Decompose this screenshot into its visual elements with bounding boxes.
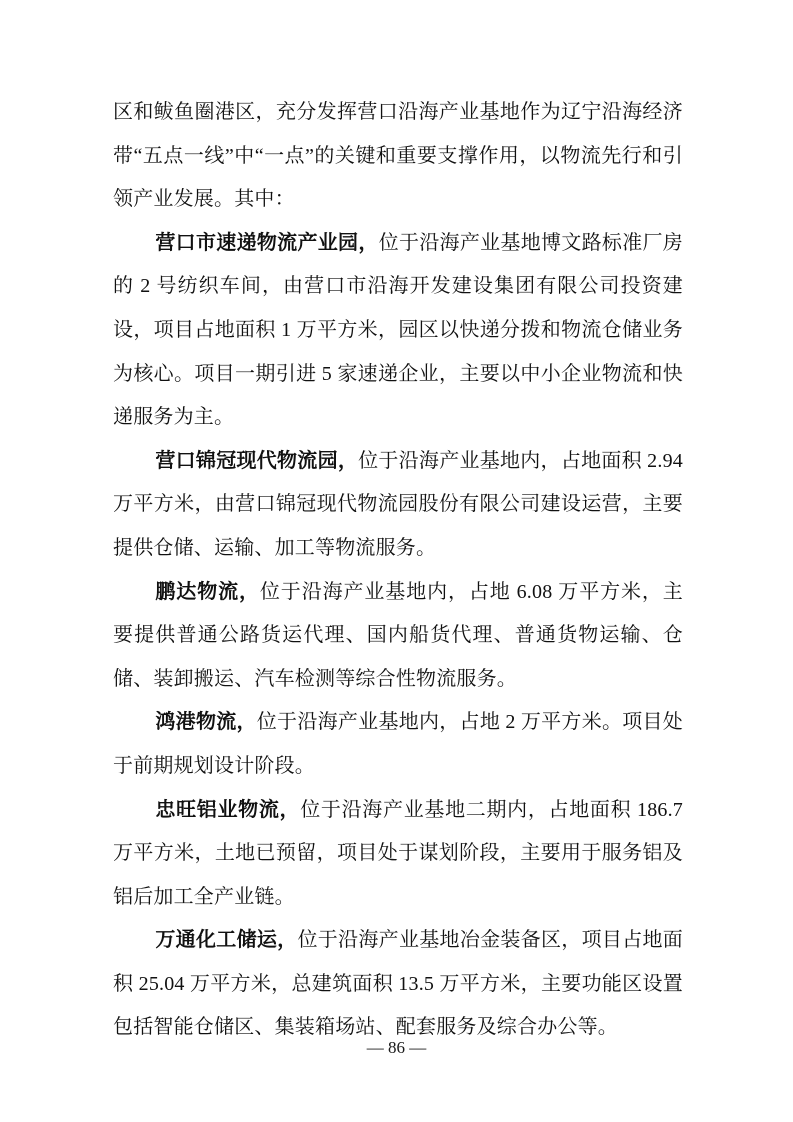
page-body-text: 区和鲅鱼圈港区，充分发挥营口沿海产业基地作为辽宁沿海经济带“五点一线”中“一点”…	[113, 91, 683, 1050]
paragraph-lead: 鹏达物流，	[155, 581, 260, 603]
paragraph-jinguan-modern-logistics-park: 营口锦冠现代物流园，位于沿海产业基地内，占地面积 2.94 万平方米，由营口锦冠…	[113, 440, 683, 571]
paragraph-lead: 鸿港物流，	[155, 711, 256, 733]
page-footer: — 86 —	[0, 1036, 793, 1060]
paragraph-body: 区和鲅鱼圈港区，充分发挥营口沿海产业基地作为辽宁沿海经济带“五点一线”中“一点”…	[113, 101, 683, 210]
paragraph-continuation: 区和鲅鱼圈港区，充分发挥营口沿海产业基地作为辽宁沿海经济带“五点一线”中“一点”…	[113, 91, 683, 222]
paragraph-lead: 忠旺铝业物流，	[155, 799, 300, 821]
paragraph-lead: 万通化工储运，	[155, 929, 297, 951]
document-page: 区和鲅鱼圈港区，充分发挥营口沿海产业基地作为辽宁沿海经济带“五点一线”中“一点”…	[0, 0, 793, 1122]
paragraph-pengda-logistics: 鹏达物流，位于沿海产业基地内，占地 6.08 万平方米，主要提供普通公路货运代理…	[113, 571, 683, 702]
paragraph-wantong-chemical-storage: 万通化工储运，位于沿海产业基地冶金装备区，项目占地面积 25.04 万平方米，总…	[113, 919, 683, 1050]
paragraph-body: 位于沿海产业基地博文路标准厂房的 2 号纺织车间，由营口市沿海开发建设集团有限公…	[113, 232, 683, 428]
paragraph-lead: 营口市速递物流产业园，	[155, 232, 378, 254]
paragraph-zhongwang-aluminum-logistics: 忠旺铝业物流，位于沿海产业基地二期内，占地面积 186.7 万平方米，土地已预留…	[113, 789, 683, 920]
page-number: — 86 —	[367, 1038, 427, 1057]
paragraph-lead: 营口锦冠现代物流园，	[155, 450, 358, 472]
paragraph-yingkou-express-logistics-park: 营口市速递物流产业园，位于沿海产业基地博文路标准厂房的 2 号纺织车间，由营口市…	[113, 222, 683, 440]
paragraph-honggang-logistics: 鸿港物流，位于沿海产业基地内，占地 2 万平方米。项目处于前期规划设计阶段。	[113, 701, 683, 788]
